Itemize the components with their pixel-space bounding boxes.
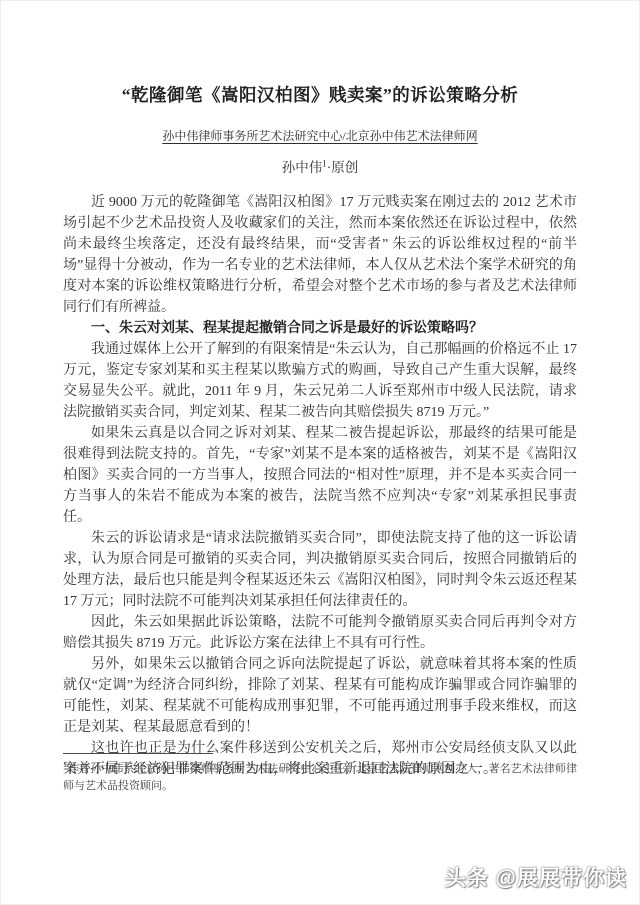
- footnote-block: 1作者孙中伟系北京孙中伟律师事务所艺术法研究中心主任、北京艺术法律师网创办人，著…: [63, 753, 577, 795]
- section-1-paragraph: 如果朱云真是以合同之诉对刘某、程某二被告提起诉讼，那最终的结果可能是很难得到法院…: [63, 423, 577, 528]
- author-suffix: ·原创: [327, 160, 359, 175]
- intro-paragraph: 近 9000 万元的乾隆御笔《嵩阳汉柏图》17 万元贱卖案在刚过去的 2012 …: [63, 192, 577, 318]
- document-body: 近 9000 万元的乾隆御笔《嵩阳汉柏图》17 万元贱卖案在刚过去的 2012 …: [63, 192, 577, 780]
- watermark: 头条 @展展带你读: [445, 862, 627, 892]
- document-page: “乾隆御笔《嵩阳汉柏图》贱卖案”的诉讼策略分析 孙中伟律师事务所艺术法研究中心/…: [0, 0, 640, 905]
- doc-subtitle: 孙中伟律师事务所艺术法研究中心/北京孙中伟艺术法律师网: [63, 128, 577, 144]
- author-line: 孙中伟1·原创: [63, 159, 577, 177]
- section-1-paragraph: 我通过媒体上公开了解到的有限案情是“朱云认为，自己那幅画的价格远不止 17 万元…: [63, 339, 577, 423]
- section-1-paragraph: 另外，如果朱云以撤销合同之诉向法院提起了诉讼，就意味着其将本案的性质就仅“定调”…: [63, 654, 577, 738]
- footnote-ref: 1: [63, 760, 67, 769]
- section-1-paragraph: 朱云的诉讼请求是“请求法院撤销买卖合同”，即使法院支持了他的这一诉讼请求，认为原…: [63, 528, 577, 612]
- section-1-heading: 一、朱云对刘某、程某提起撤销合同之诉是最好的诉讼策略吗？: [63, 318, 577, 339]
- author-name: 孙中伟: [282, 160, 323, 175]
- footnote-text: 作者孙中伟系北京孙中伟律师事务所艺术法研究中心主任、北京艺术法律师网创办人，著名…: [63, 763, 577, 792]
- page-title: “乾隆御笔《嵩阳汉柏图》贱卖案”的诉讼策略分析: [63, 83, 577, 107]
- footnote-separator: [63, 753, 213, 754]
- footnote: 1作者孙中伟系北京孙中伟律师事务所艺术法研究中心主任、北京艺术法律师网创办人，著…: [63, 761, 577, 795]
- section-1-paragraph: 因此，朱云如果据此诉讼策略，法院不可能判令撤销原买卖合同后再判令对方赔偿其损失 …: [63, 612, 577, 654]
